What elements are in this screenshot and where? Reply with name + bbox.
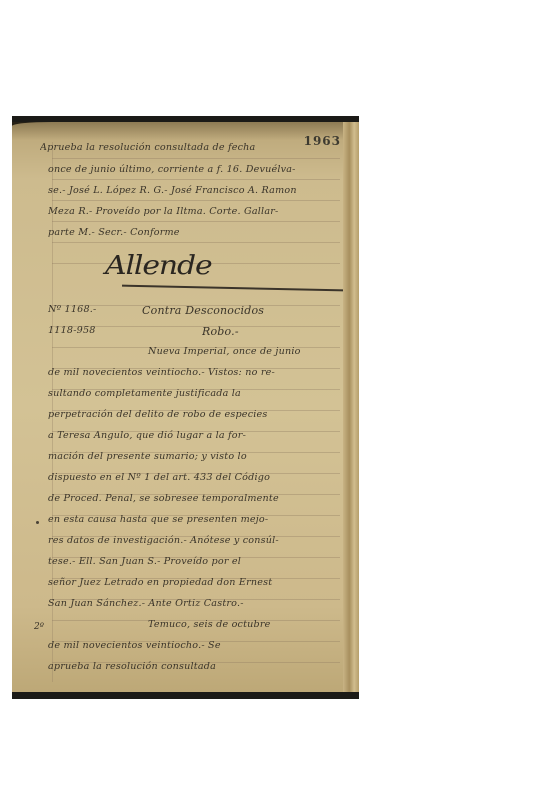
- document-photo-bottom: [12, 660, 359, 699]
- margin-number: 2º: [34, 622, 44, 632]
- entry-title: Contra Desconocidos: [142, 304, 332, 317]
- ruled-line: [52, 179, 340, 180]
- ledger-page: 1963 Aprueba la resolución consultada de…: [12, 122, 359, 692]
- text-line: se.- José L. López R. G.- José Francisco…: [48, 185, 344, 196]
- text-line: Aprueba la resolución consultada de fech…: [40, 142, 336, 153]
- entry-number: Nº 1168.-: [48, 304, 118, 315]
- text-line: mación del presente sumario; y visto lo: [48, 451, 344, 462]
- text-line: perpetración del delito de robo de espec…: [48, 409, 344, 420]
- text-line: Meza R.- Proveído por la Iltma. Corte. G…: [48, 206, 344, 217]
- text-line: señor Juez Letrado en propiedad don Erne…: [48, 577, 344, 588]
- text-line: once de junio último, corriente a f. 16.…: [48, 164, 344, 175]
- entry-subtitle: Robo.-: [202, 325, 322, 338]
- case-reference: 1118-958: [48, 325, 118, 336]
- text-line: sultando completamente justificada la: [48, 388, 344, 399]
- ruled-line: [52, 158, 340, 159]
- signature: Allende: [105, 251, 211, 281]
- text-line: de mil novecientos veintiocho.- Se: [48, 640, 344, 651]
- ruled-line: [52, 221, 340, 222]
- ruled-line: [52, 200, 340, 201]
- ruled-line: [52, 242, 340, 243]
- text-line: parte M.- Secr.- Conforme: [48, 227, 344, 238]
- text-line: dispuesto en el Nº 1 del art. 433 del Có…: [48, 472, 344, 483]
- document-photo: 1963 Aprueba la resolución consultada de…: [12, 116, 359, 699]
- text-line: res datos de investigación.- Anótese y c…: [48, 535, 344, 546]
- text-line: San Juan Sánchez.- Ante Ortiz Castro.-: [48, 598, 344, 609]
- signature-underline: [122, 285, 344, 292]
- margin-mark: [36, 521, 39, 524]
- text-line: en esta causa hasta que se presenten mej…: [48, 514, 344, 525]
- text-line: tese.- Ell. San Juan S.- Proveído por el: [48, 556, 344, 567]
- text-line: a Teresa Angulo, que dió lugar a la for-: [48, 430, 344, 441]
- text-line: de Proced. Penal, se sobresee temporalme…: [48, 493, 344, 504]
- text-line: Nueva Imperial, once de junio: [48, 346, 344, 357]
- text-line: de mil novecientos veintiocho.- Vistos: …: [48, 367, 344, 378]
- text-line: Temuco, seis de octubre: [48, 619, 344, 630]
